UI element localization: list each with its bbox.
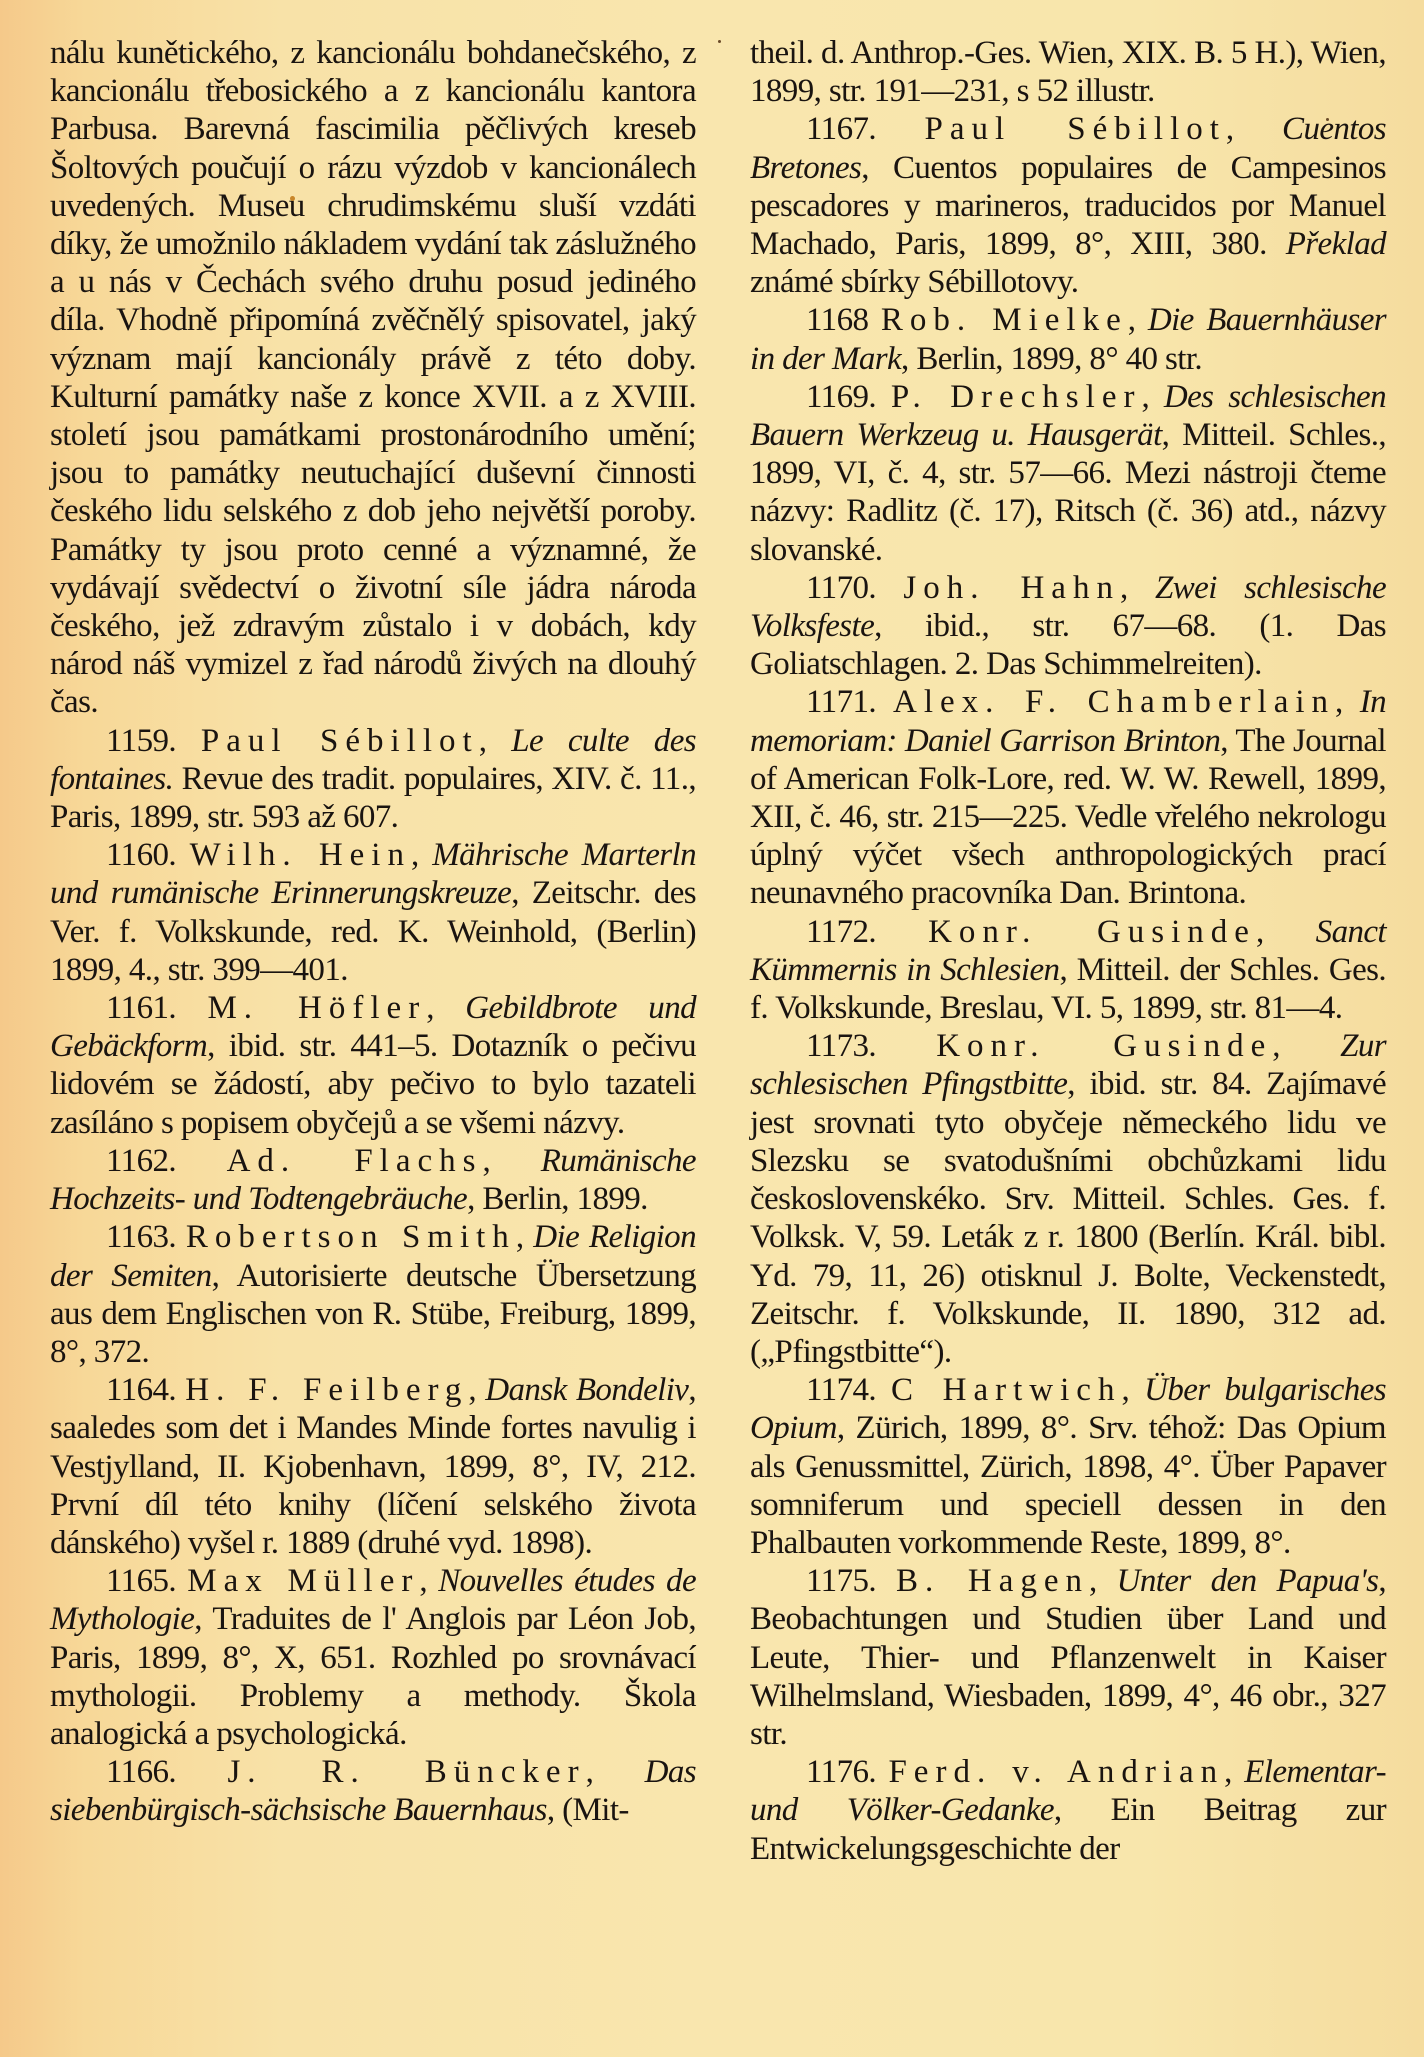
entry-author: Wilh. Hein [190, 837, 411, 873]
entry-number: 1166. [106, 1754, 176, 1790]
entry-note: známé sbírky Sébillotovy. [750, 264, 1078, 300]
entry-number: 1160. [106, 837, 176, 873]
scanned-page: nálu kunětického, z kancionálu bohdanečs… [0, 0, 1424, 2057]
entry-number: 1172. [806, 914, 876, 950]
entry-author: Paul Sébillot [925, 111, 1226, 147]
entry-number: 1175. [806, 1563, 876, 1599]
bibliography-entry-1174: 1174. C Hartwich, Über bulgarisches Opiu… [750, 1371, 1386, 1562]
bibliography-entry-1167: 1167. Paul Sébillot, Cuentos Bretones, C… [750, 110, 1386, 301]
bibliography-entry-1173: 1173. Konr. Gusinde, Zur schlesischen Pf… [750, 1027, 1386, 1371]
entry-details: , Zürich, 1899, 8°. Srv. téhož: Das Opiu… [750, 1410, 1386, 1561]
bibliography-entry-1159: 1159. Paul Sébillot, Le culte des fontai… [50, 722, 696, 837]
entry-author: Rob. Mielke [881, 302, 1128, 338]
entry-author: M. Höfler [207, 990, 426, 1026]
entry-author: Max Müller [187, 1563, 419, 1599]
entry-details: , Berlin, 1899. [467, 1181, 648, 1217]
bibliography-entry-1162: 1162. Ad. Flachs, Rumänische Hochzeits- … [50, 1142, 696, 1218]
entry-number: 1173. [806, 1028, 876, 1064]
entry-number: 1174. [806, 1372, 876, 1408]
entry-number: 1170. [806, 570, 876, 606]
entry-details: , (Mit- [547, 1792, 629, 1828]
entry-details: , Berlin, 1899, 8° 40 str. [901, 341, 1202, 377]
entry-number: 1167. [806, 111, 876, 147]
right-column: theil. d. Anthrop.-Ges. Wien, XIX. B. 5 … [750, 34, 1386, 1868]
entry-author: J. R. Büncker [227, 1754, 585, 1790]
entry-author: Joh. Hahn [903, 570, 1120, 606]
entry-number: 1162. [106, 1143, 176, 1179]
entry-number: 1168 [806, 302, 868, 338]
paper-speck [290, 196, 295, 201]
left-column: nálu kunětického, z kancionálu bohdanečs… [50, 34, 696, 1830]
paper-speck [718, 40, 721, 43]
entry-author: P. Drechsler [891, 379, 1142, 415]
entry-number: 1169. [806, 379, 876, 415]
entry-author: Alex. F. Chamberlain [893, 684, 1335, 720]
entry-title: Dansk Bondeliv [485, 1372, 688, 1408]
entry-number: 1161. [106, 990, 176, 1026]
entry-details: , ibid. str. 84. Zajímavé jest srovnati … [750, 1066, 1386, 1369]
entry-author: Paul Sébillot [201, 723, 479, 759]
bibliography-entry-1176: 1176. Ferd. v. Andrian, Elementar- und V… [750, 1753, 1386, 1868]
entry-number: 1171. [806, 684, 876, 720]
entry-author: B. Hagen [896, 1563, 1089, 1599]
entry-author: Ferd. v. Andrian [888, 1754, 1224, 1790]
bibliography-entry-1169: 1169. P. Drechsler, Des schlesischen Bau… [750, 378, 1386, 569]
bibliography-entry-1166: 1166. J. R. Büncker, Das siebenbürgisch-… [50, 1753, 696, 1829]
bibliography-entry-1164: 1164. H. F. Feilberg, Dansk Bondeliv, sa… [50, 1371, 696, 1562]
bibliography-entry-1163: 1163. Robertson Smith, Die Religion der … [50, 1218, 696, 1371]
bibliography-entry-1168: 1168 Rob. Mielke, Die Bauernhäuser in de… [750, 301, 1386, 377]
entry-number: 1176. [806, 1754, 876, 1790]
entry-number: 1165. [106, 1563, 176, 1599]
bibliography-entry-1165: 1165. Max Müller, Nouvelles études de My… [50, 1562, 696, 1753]
entry-number: 1163. [106, 1219, 176, 1255]
entry-author: C Hartwich [891, 1372, 1121, 1408]
paper-speck [1326, 118, 1329, 121]
bibliography-entry-1170: 1170. Joh. Hahn, Zwei schlesische Volksf… [750, 569, 1386, 684]
entry-title: Unter den Papua's [1117, 1563, 1379, 1599]
continuation-paragraph: theil. d. Anthrop.-Ges. Wien, XIX. B. 5 … [750, 34, 1386, 110]
entry-author: Ad. Flachs [227, 1143, 483, 1179]
entry-number: 1164. [106, 1372, 176, 1408]
entry-author: Konr. Gusinde [936, 1028, 1272, 1064]
bibliography-entry-1161: 1161. M. Höfler, Gebildbrote und Gebäckf… [50, 989, 696, 1142]
bibliography-entry-1175: 1175. B. Hagen, Unter den Papua's, Beoba… [750, 1562, 1386, 1753]
entry-note-italic: Překlad [1286, 226, 1386, 262]
entry-author: H. F. Feilberg [185, 1372, 468, 1408]
bibliography-entry-1160: 1160. Wilh. Hein, Mährische Marterln und… [50, 836, 696, 989]
bibliography-entry-1171: 1171. Alex. F. Chamberlain, In memoriam:… [750, 683, 1386, 912]
entry-author: Konr. Gusinde [928, 914, 1256, 950]
entry-number: 1159. [106, 723, 176, 759]
bibliography-entry-1172: 1172. Konr. Gusinde, Sanct Kümmernis in … [750, 913, 1386, 1028]
continuation-paragraph: nálu kunětického, z kancionálu bohdanečs… [50, 34, 696, 722]
entry-author: Robertson Smith [186, 1219, 516, 1255]
